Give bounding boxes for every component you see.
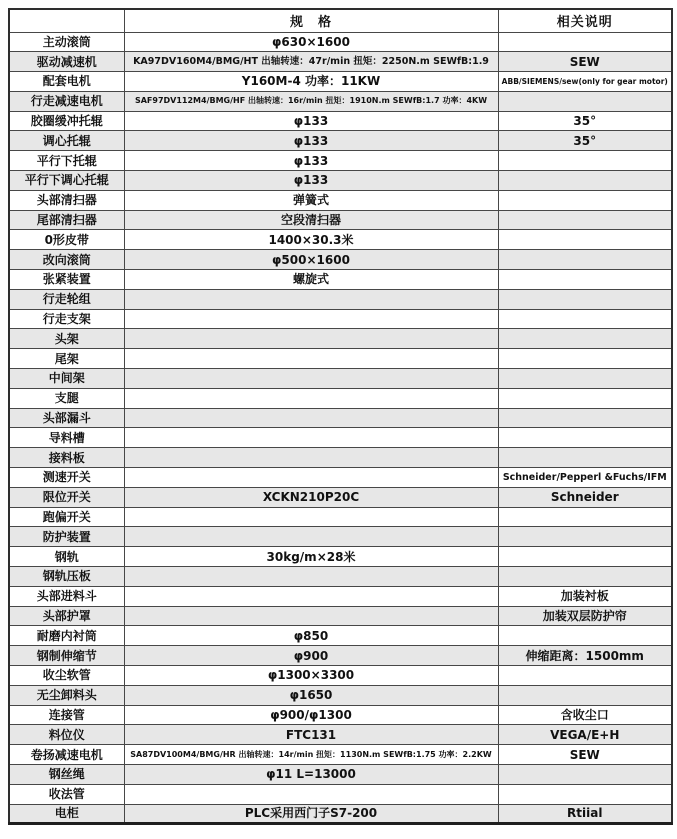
table-row: 头部漏斗: [9, 408, 672, 428]
note-cell: [498, 91, 672, 111]
item-cell: 驱动减速机: [9, 52, 124, 72]
note-cell: 加装双层防护帘: [498, 606, 672, 626]
table-row: 头部护罩加装双层防护帘: [9, 606, 672, 626]
spec-cell: 螺旋式: [124, 270, 498, 290]
item-cell: 头部漏斗: [9, 408, 124, 428]
table-row: 料位仪FTC131VEGA/E+H: [9, 725, 672, 745]
item-cell: 无尘卸料头: [9, 685, 124, 705]
note-cell: [498, 270, 672, 290]
table-row: 驱动减速机KA97DV160M4/BMG/HT 出轴转速：47r/min 扭矩：…: [9, 52, 672, 72]
item-cell: 头架: [9, 329, 124, 349]
spec-cell: [124, 369, 498, 389]
table-row: 主动滚筒φ630×1600: [9, 32, 672, 52]
table-row: 跑偏开关: [9, 507, 672, 527]
spec-cell: [124, 329, 498, 349]
note-cell: [498, 428, 672, 448]
note-cell: Rtiial: [498, 804, 672, 824]
note-cell: [498, 171, 672, 191]
table-row: 接料板: [9, 448, 672, 468]
note-cell: [498, 190, 672, 210]
item-cell: 尾部清扫器: [9, 210, 124, 230]
spec-cell: φ133: [124, 151, 498, 171]
spec-cell: [124, 408, 498, 428]
spec-cell: φ133: [124, 111, 498, 131]
note-cell: [498, 250, 672, 270]
item-cell: 0形皮带: [9, 230, 124, 250]
item-cell: 连接管: [9, 705, 124, 725]
spec-cell: SAF97DV112M4/BMG/HF 出轴转速：16r/min 扭矩：1910…: [124, 91, 498, 111]
spec-cell: [124, 289, 498, 309]
note-cell: [498, 210, 672, 230]
item-cell: 导料槽: [9, 428, 124, 448]
spec-cell: 空段清扫器: [124, 210, 498, 230]
item-cell: 钢轨: [9, 547, 124, 567]
spec-cell: [124, 784, 498, 804]
note-cell: [498, 289, 672, 309]
table-row: 收法管: [9, 784, 672, 804]
spec-cell: [124, 468, 498, 488]
table-row: 限位开关XCKN210P20CSchneider: [9, 487, 672, 507]
note-cell: VEGA/E+H: [498, 725, 672, 745]
note-cell: [498, 369, 672, 389]
item-cell: 接料板: [9, 448, 124, 468]
note-cell: 加装衬板: [498, 586, 672, 606]
item-cell: 限位开关: [9, 487, 124, 507]
note-cell: Schneider: [498, 487, 672, 507]
item-cell: 支腿: [9, 388, 124, 408]
table-row: 胶圈缓冲托辊φ13335°: [9, 111, 672, 131]
table-row: 调心托辊φ13335°: [9, 131, 672, 151]
table-row: 支腿: [9, 388, 672, 408]
header-spec-cell: 规 格: [124, 9, 498, 32]
header-note-cell: 相关说明: [498, 9, 672, 32]
note-cell: [498, 329, 672, 349]
item-cell: 调心托辊: [9, 131, 124, 151]
item-cell: 料位仪: [9, 725, 124, 745]
table-row: 连接管φ900/φ1300含收尘口: [9, 705, 672, 725]
item-cell: 收尘软管: [9, 666, 124, 686]
spec-cell: φ11 L=13000: [124, 764, 498, 784]
table-row: 防护装置: [9, 527, 672, 547]
table-row: 无尘卸料头φ1650: [9, 685, 672, 705]
table-row: 行走支架: [9, 309, 672, 329]
spec-cell: φ900: [124, 646, 498, 666]
item-cell: 中间架: [9, 369, 124, 389]
note-cell: Schneider/Pepperl &Fuchs/IFM: [498, 468, 672, 488]
spec-cell: [124, 567, 498, 587]
spec-cell: [124, 606, 498, 626]
note-cell: [498, 507, 672, 527]
note-cell: [498, 764, 672, 784]
note-cell: 35°: [498, 131, 672, 151]
item-cell: 行走轮组: [9, 289, 124, 309]
item-cell: 主动滚筒: [9, 32, 124, 52]
note-cell: [498, 388, 672, 408]
table-row: 张紧装置螺旋式: [9, 270, 672, 290]
spec-cell: 30kg/m×28米: [124, 547, 498, 567]
item-cell: 跑偏开关: [9, 507, 124, 527]
table-row: 测速开关Schneider/Pepperl &Fuchs/IFM: [9, 468, 672, 488]
item-cell: 行走减速电机: [9, 91, 124, 111]
table-row: 配套电机Y160M-4 功率：11KWABB/SIEMENS/sew(only …: [9, 72, 672, 92]
item-cell: 防护装置: [9, 527, 124, 547]
item-cell: 张紧装置: [9, 270, 124, 290]
spec-cell: FTC131: [124, 725, 498, 745]
note-cell: [498, 547, 672, 567]
equipment-spec-table: 规 格 相关说明 主动滚筒φ630×1600驱动减速机KA97DV160M4/B…: [8, 8, 673, 825]
item-cell: 耐磨内衬筒: [9, 626, 124, 646]
spec-cell: XCKN210P20C: [124, 487, 498, 507]
table-row: 中间架: [9, 369, 672, 389]
note-cell: [498, 685, 672, 705]
table-row: 行走轮组: [9, 289, 672, 309]
spec-cell: φ500×1600: [124, 250, 498, 270]
table-row: 0形皮带1400×30.3米: [9, 230, 672, 250]
spec-cell: 弹簧式: [124, 190, 498, 210]
spec-cell: [124, 428, 498, 448]
table-row: 收尘软管φ1300×3300: [9, 666, 672, 686]
item-cell: 行走支架: [9, 309, 124, 329]
spec-sheet-page: 规 格 相关说明 主动滚筒φ630×1600驱动减速机KA97DV160M4/B…: [0, 0, 677, 839]
spec-cell: SA87DV100M4/BMG/HR 出轴转速：14r/min 扭矩：1130N…: [124, 745, 498, 765]
note-cell: [498, 32, 672, 52]
table-row: 头部清扫器弹簧式: [9, 190, 672, 210]
table-row: 改向滚筒φ500×1600: [9, 250, 672, 270]
item-cell: 头部护罩: [9, 606, 124, 626]
table-header: 规 格 相关说明: [9, 9, 672, 32]
item-cell: 尾架: [9, 349, 124, 369]
spec-cell: 1400×30.3米: [124, 230, 498, 250]
table-body: 主动滚筒φ630×1600驱动减速机KA97DV160M4/BMG/HT 出轴转…: [9, 32, 672, 824]
item-cell: 头部进料斗: [9, 586, 124, 606]
spec-cell: [124, 507, 498, 527]
note-cell: [498, 784, 672, 804]
table-row: 电柜PLC采用西门子S7-200Rtiial: [9, 804, 672, 824]
note-cell: 伸缩距离：1500mm: [498, 646, 672, 666]
spec-cell: [124, 349, 498, 369]
table-row: 尾部清扫器空段清扫器: [9, 210, 672, 230]
spec-cell: φ1300×3300: [124, 666, 498, 686]
table-row: 尾架: [9, 349, 672, 369]
item-cell: 钢制伸缩节: [9, 646, 124, 666]
note-cell: [498, 230, 672, 250]
table-row: 行走减速电机SAF97DV112M4/BMG/HF 出轴转速：16r/min 扭…: [9, 91, 672, 111]
spec-cell: φ1650: [124, 685, 498, 705]
table-row: 卷扬减速电机SA87DV100M4/BMG/HR 出轴转速：14r/min 扭矩…: [9, 745, 672, 765]
spec-cell: φ900/φ1300: [124, 705, 498, 725]
note-cell: SEW: [498, 745, 672, 765]
table-row: 钢丝绳φ11 L=13000: [9, 764, 672, 784]
note-cell: [498, 408, 672, 428]
item-cell: 钢轨压板: [9, 567, 124, 587]
note-cell: [498, 666, 672, 686]
table-row: 耐磨内衬筒φ850: [9, 626, 672, 646]
note-cell: 含收尘口: [498, 705, 672, 725]
table-row: 钢轨30kg/m×28米: [9, 547, 672, 567]
item-cell: 钢丝绳: [9, 764, 124, 784]
note-cell: [498, 567, 672, 587]
item-cell: 平行下托辊: [9, 151, 124, 171]
header-item-cell: [9, 9, 124, 32]
spec-cell: [124, 527, 498, 547]
note-cell: [498, 151, 672, 171]
item-cell: 平行下调心托辊: [9, 171, 124, 191]
item-cell: 电柜: [9, 804, 124, 824]
spec-cell: φ133: [124, 131, 498, 151]
table-row: 头部进料斗加装衬板: [9, 586, 672, 606]
spec-cell: φ133: [124, 171, 498, 191]
table-row: 钢轨压板: [9, 567, 672, 587]
item-cell: 胶圈缓冲托辊: [9, 111, 124, 131]
table-row: 钢制伸缩节φ900伸缩距离：1500mm: [9, 646, 672, 666]
spec-cell: φ630×1600: [124, 32, 498, 52]
table-row: 平行下托辊φ133: [9, 151, 672, 171]
spec-cell: φ850: [124, 626, 498, 646]
item-cell: 配套电机: [9, 72, 124, 92]
spec-cell: [124, 309, 498, 329]
note-cell: SEW: [498, 52, 672, 72]
note-cell: [498, 349, 672, 369]
table-row: 头架: [9, 329, 672, 349]
spec-cell: [124, 388, 498, 408]
note-cell: [498, 448, 672, 468]
table-row: 平行下调心托辊φ133: [9, 171, 672, 191]
note-cell: 35°: [498, 111, 672, 131]
note-cell: ABB/SIEMENS/sew(only for gear motor): [498, 72, 672, 92]
item-cell: 测速开关: [9, 468, 124, 488]
item-cell: 卷扬减速电机: [9, 745, 124, 765]
spec-cell: [124, 586, 498, 606]
item-cell: 头部清扫器: [9, 190, 124, 210]
item-cell: 改向滚筒: [9, 250, 124, 270]
spec-cell: KA97DV160M4/BMG/HT 出轴转速：47r/min 扭矩：2250N…: [124, 52, 498, 72]
note-cell: [498, 309, 672, 329]
spec-cell: [124, 448, 498, 468]
header-row: 规 格 相关说明: [9, 9, 672, 32]
note-cell: [498, 626, 672, 646]
table-row: 导料槽: [9, 428, 672, 448]
spec-cell: Y160M-4 功率：11KW: [124, 72, 498, 92]
spec-cell: PLC采用西门子S7-200: [124, 804, 498, 824]
note-cell: [498, 527, 672, 547]
item-cell: 收法管: [9, 784, 124, 804]
